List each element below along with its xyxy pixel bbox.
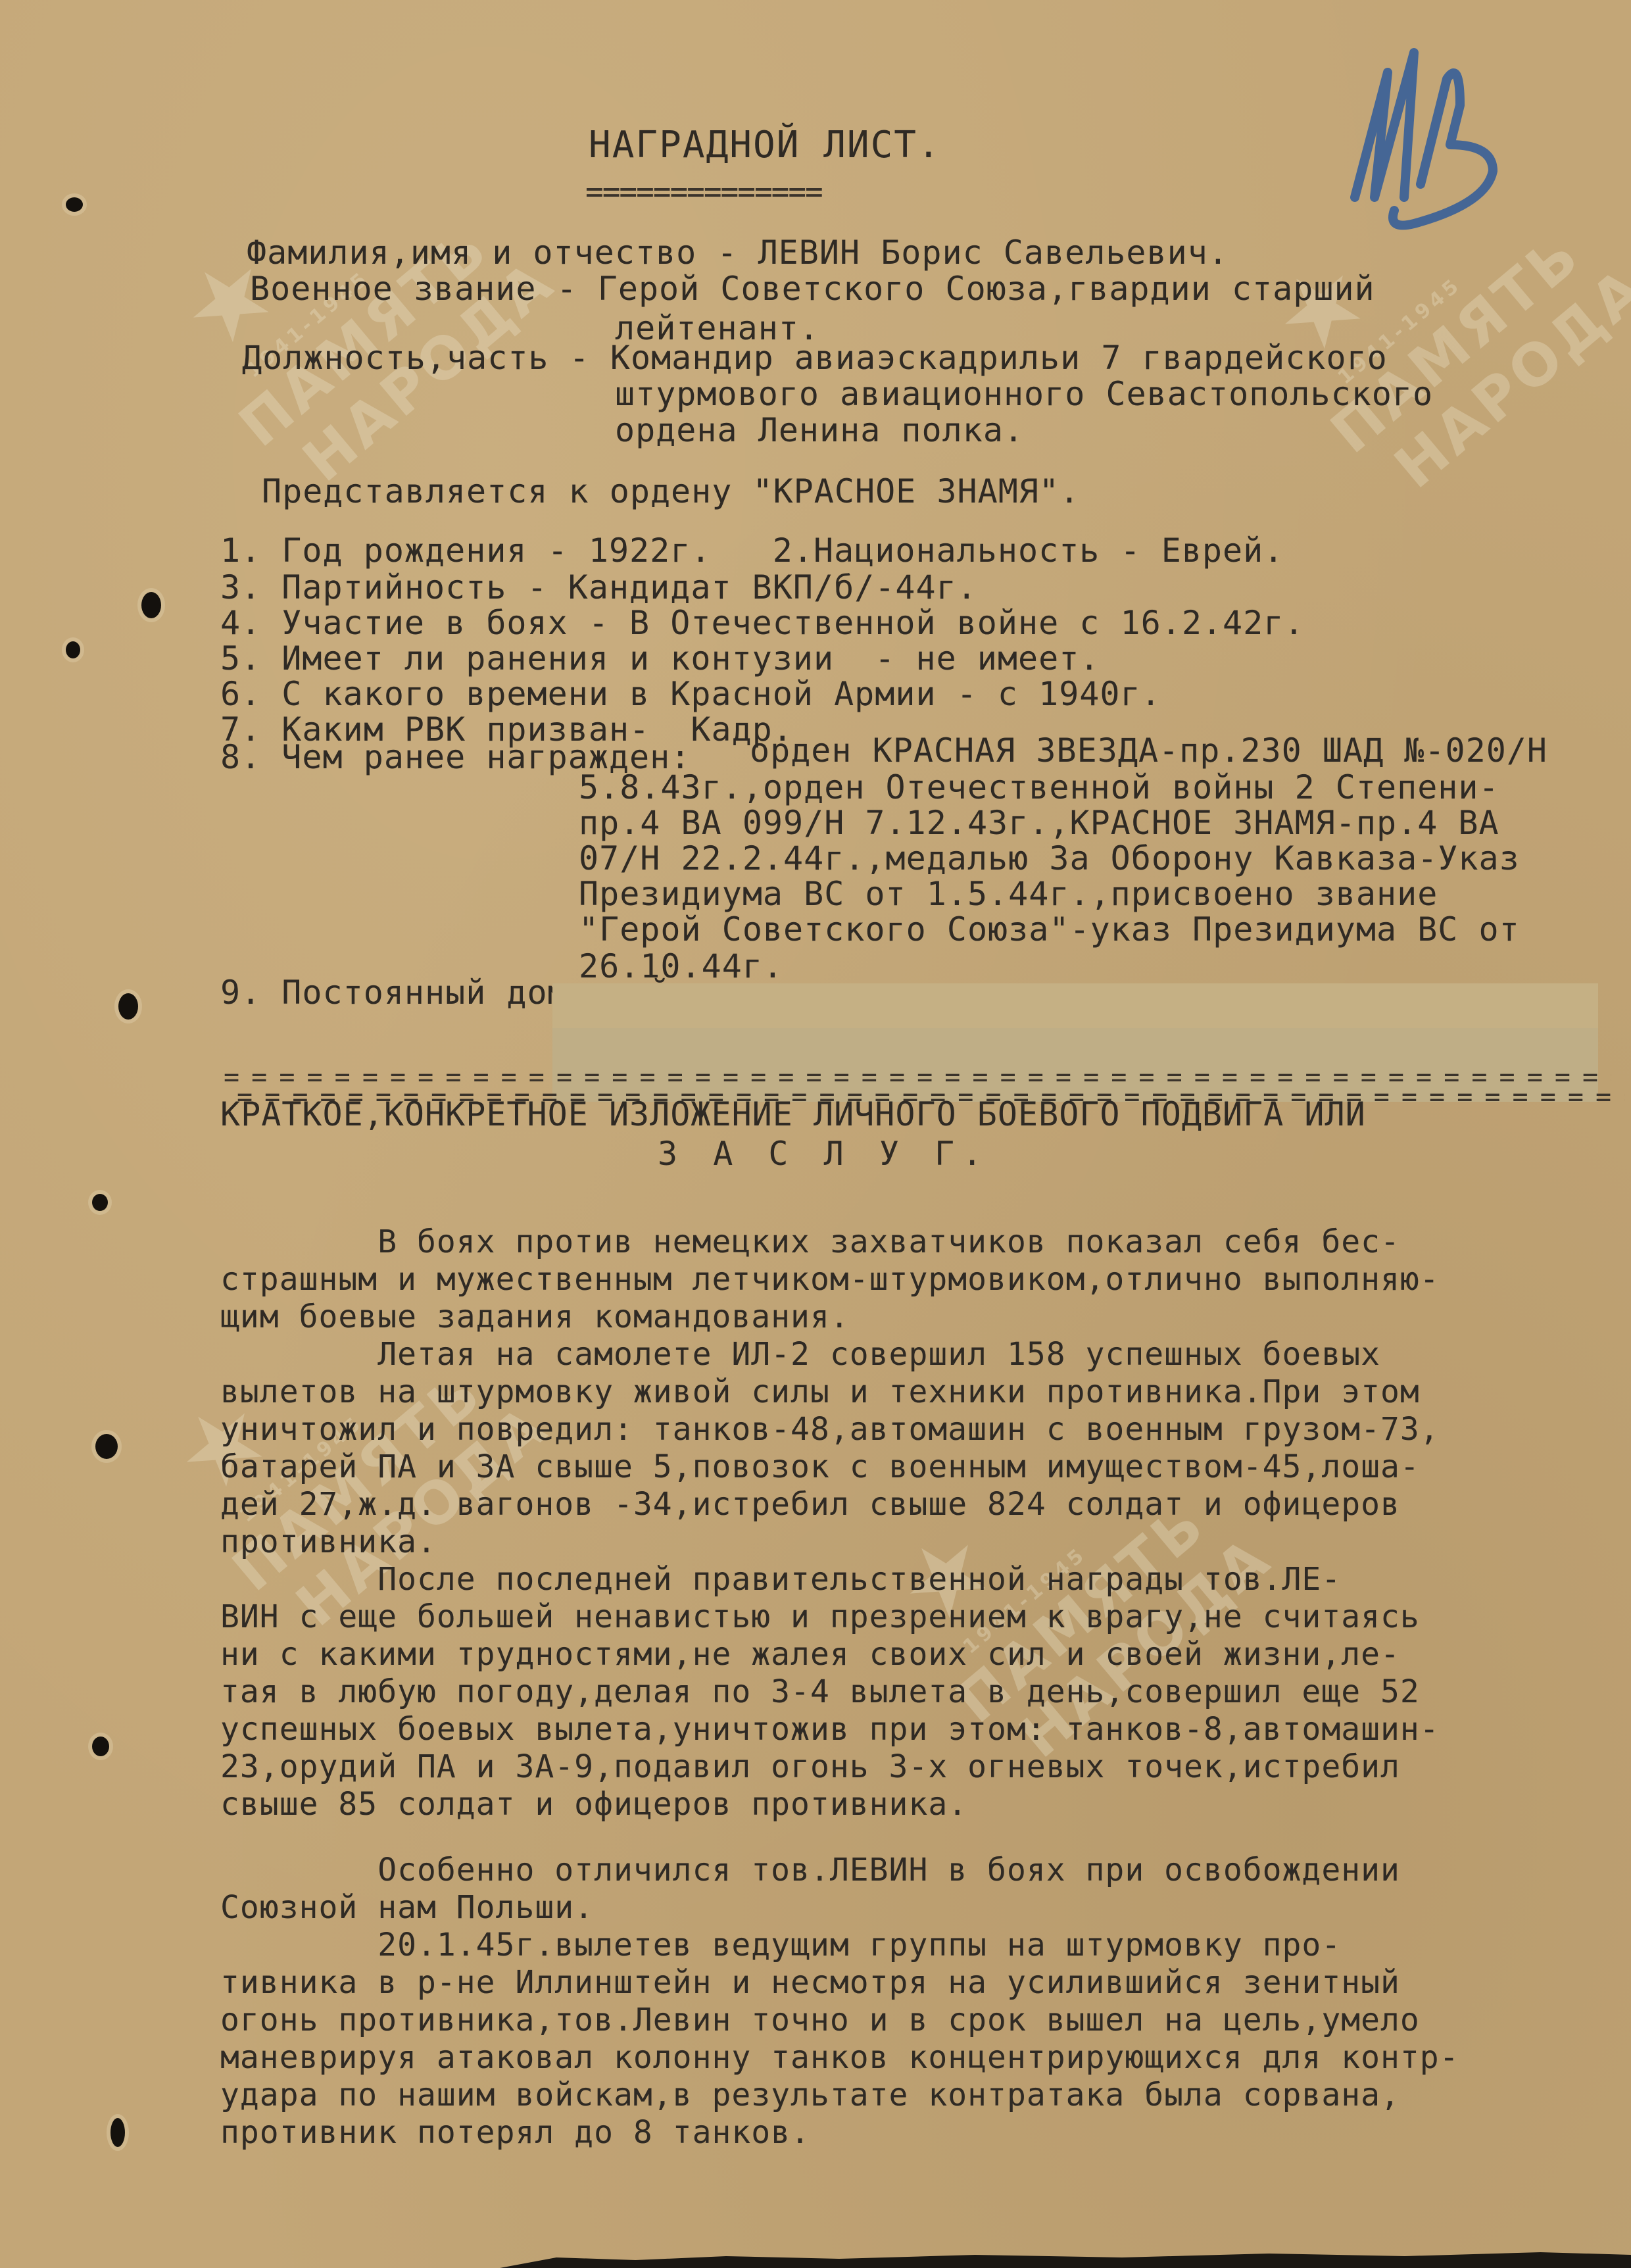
narrative-line: дей 27,ж.д. вагонов -34,истребил свыше 8…	[220, 1486, 1400, 1523]
narrative-line: тая в любую погоду,делая по 3-4 вылета в…	[220, 1673, 1420, 1711]
field-position-cont: штурмового авиационного Севастопольского	[615, 375, 1433, 413]
punch-hole	[118, 993, 138, 1020]
narrative-line: противника.	[220, 1523, 437, 1561]
title-underline: ==============	[585, 172, 822, 210]
punch-hole	[66, 641, 80, 658]
narrative-line: 23,орудий ПА и ЗА-9,подавил огонь 3-х ог…	[220, 1748, 1400, 1786]
field-position: Должность,часть - Командир авиаэскадриль…	[242, 339, 1388, 377]
item-line: 3. Партийность - Кандидат ВКП/б/-44г.	[220, 568, 977, 606]
redacted-address	[552, 983, 1598, 1028]
item-line: 4. Участие в боях - В Отечественной войн…	[220, 604, 1304, 642]
award-line: "Герой Советского Союза"-указ Президиума…	[579, 910, 1520, 949]
punch-hole	[95, 1434, 118, 1459]
punch-hole	[92, 1737, 109, 1756]
award-line: Президиума ВС от 1.5.44г.,присвоено зван…	[579, 875, 1438, 913]
narrative-line: щим боевые задания командования.	[220, 1298, 850, 1336]
narrative-line: тивника в р-не Иллинштейн и несмотря на …	[220, 1964, 1400, 2002]
narrative-line: свыше 85 солдат и офицеров противника.	[220, 1786, 967, 1823]
item-line: 6. С какого времени в Красной Армии - с …	[220, 675, 1161, 713]
pencil-annotation	[1328, 33, 1526, 243]
punch-hole	[66, 197, 83, 212]
section-title-cont: З А С Л У Г.	[658, 1135, 990, 1173]
narrative-line: удара по нашим войскам,в результате конт…	[220, 2077, 1400, 2114]
narrative-line: батарей ПА и ЗА свыше 5,повозок с военны…	[220, 1448, 1420, 1486]
narrative-line: После последней правительственной наград…	[220, 1561, 1341, 1598]
field-rank: Военное звание - Герой Советского Союза,…	[250, 270, 1375, 308]
award-line: пр.4 ВА 099/Н 7.12.43г.,КРАСНОЕ ЗНАМЯ-пр…	[579, 804, 1499, 842]
narrative-line: Союзной нам Польши.	[220, 1889, 594, 1927]
narrative-line: успешных боевых вылета,уничтожив при это…	[220, 1711, 1440, 1748]
item-line: 5. Имеет ли ранения и контузии - не имее…	[220, 639, 1100, 678]
punch-hole	[92, 1194, 108, 1211]
narrative-line: 20.1.45г.вылетев ведущим группы на штурм…	[220, 1927, 1341, 1964]
separator-line: = = = = = = = = = = = = = = = = = = = = …	[224, 1062, 1611, 1082]
star-icon: ★	[158, 89, 466, 373]
award-line: 07/Н 22.2.44г.,медалью За Оборону Кавказ…	[579, 839, 1520, 877]
item-line: 1. Год рождения - 1922г. 2.Национальност…	[220, 531, 1284, 570]
narrative-line: ВИН с еще большей ненавистью и презрение…	[220, 1598, 1420, 1636]
field-full-name: Фамилия,имя и отчество - ЛЕВИН Борис Сав…	[247, 234, 1229, 272]
document-title: НАГРАДНОЙ ЛИСТ.	[589, 126, 941, 164]
narrative-line: огонь противника,тов.Левин точно и в сро…	[220, 2002, 1420, 2039]
narrative-line: ни с какими трудностями,не жалея своих с…	[220, 1636, 1400, 1673]
narrative-line: Особенно отличился тов.ЛЕВИН в боях при …	[220, 1852, 1400, 1889]
narrative-line: Летая на самолете ИЛ-2 совершил 158 успе…	[220, 1336, 1380, 1373]
award-line: орден КРАСНАЯ ЗВЕЗДА-пр.230 ШАД №-020/Н	[750, 731, 1547, 770]
nomination-line: Представляется к ордену "КРАСНОЕ ЗНАМЯ".	[262, 472, 1080, 510]
punch-hole	[141, 592, 161, 618]
award-line: 5.8.43г.,орден Отечественной войны 2 Сте…	[579, 768, 1499, 806]
award-sheet-page: ★ 1941-1945 ПАМЯТЬ НАРОДА ★ 1941-1945 ПА…	[0, 0, 1631, 2268]
punch-hole	[110, 2118, 125, 2147]
field-position-cont: ордена Ленина полка.	[615, 411, 1024, 449]
narrative-line: вылетов на штурмовку живой силы и техник…	[220, 1373, 1420, 1411]
section-title: КРАТКОЕ,КОНКРЕТНОЕ ИЗЛОЖЕНИЕ ЛИЧНОГО БОЕ…	[220, 1095, 1366, 1133]
narrative-line: уничтожил и повредил: танков-48,автомаши…	[220, 1411, 1440, 1448]
narrative-line: маневрируя атаковал колонну танков конце…	[220, 2039, 1459, 2077]
narrative-line: страшным и мужественным летчиком-штурмов…	[220, 1261, 1440, 1298]
torn-paper-edge	[500, 2242, 1631, 2268]
narrative-line: противник потерял до 8 танков.	[220, 2114, 810, 2152]
narrative-line: В боях против немецких захватчиков показ…	[220, 1223, 1400, 1261]
